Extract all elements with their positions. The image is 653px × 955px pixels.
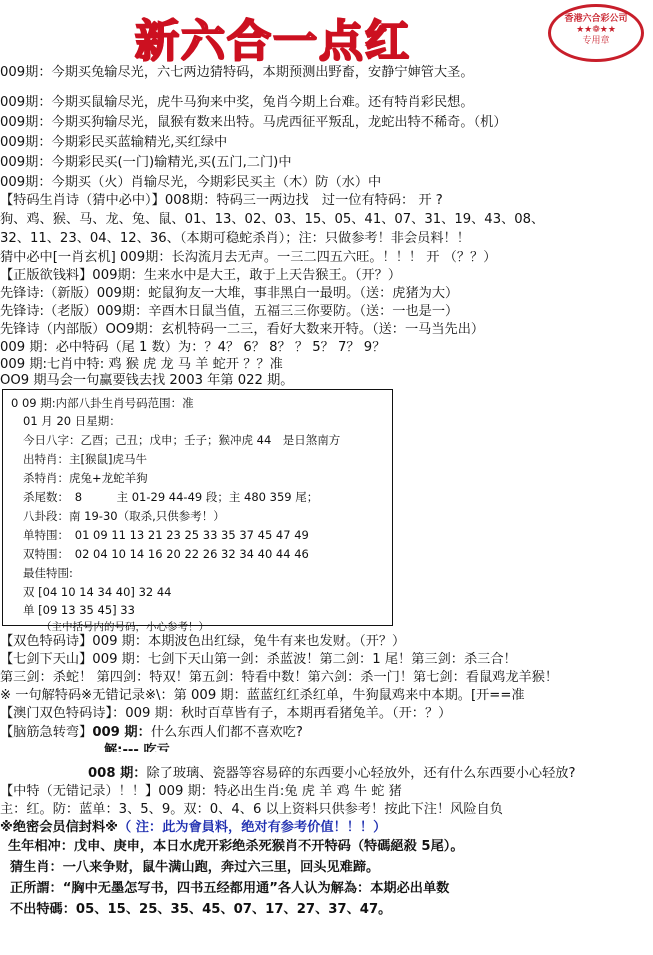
member-line: 不出特碼：05、15、25、35、45、07、17、27、37、47。 xyxy=(10,901,391,919)
prediction-line: 【七剑下天山】009 期：七剑下天山第一剑：杀蓝波！第二剑：1 尾！第三剑：杀三… xyxy=(0,651,517,669)
member-title-line: ※绝密会员信封料※（ 注：此为會員料，绝对有参考价值！！！） xyxy=(0,819,386,837)
box-dan-te-wei: 单特围： 01 09 11 13 21 23 25 33 35 37 45 47… xyxy=(23,526,309,544)
prediction-line: 009期：今期彩民买(一门)输精光,买(五门,二门)中 xyxy=(0,154,292,172)
prediction-line: 009期：今期彩民买蓝输精光,买红绿中 xyxy=(0,134,227,152)
riddle-prev-question: 除了玻璃、瓷器等容易碎的东西要小心轻放外，还有什么东西要小心轻放? xyxy=(147,766,576,781)
prediction-line: 先锋诗:（老版）009期：辛酉木日鼠当值，五福三三你要防。（送：一也是一） xyxy=(0,303,458,321)
company-stamp: 香港六合彩公司 ★★❁★★ 专用章 xyxy=(548,4,644,62)
member-line: 正所謂：“胸中无墨怎写书，四书五经都用通”各人认为解為：本期必出单数 xyxy=(10,880,449,898)
riddle-question: 什么东西人们都不喜欢吃? xyxy=(151,725,303,740)
box-best-shuang: 双 [04 10 14 34 40] 32 44 xyxy=(23,583,172,601)
riddle-period: 009 期： xyxy=(92,725,151,740)
box-date: 01 月 20 日星期： xyxy=(23,412,121,430)
box-shuang-te-wei: 双特围： 02 04 10 14 16 20 22 26 32 34 40 44… xyxy=(23,545,309,563)
logo-title: 新六合一点红 xyxy=(133,12,413,62)
riddle-line: 【脑筋急转弯】009 期：什么东西人们都不喜欢吃? xyxy=(0,724,303,742)
prediction-line: 先锋诗:（新版）009期：蛇鼠狗友一大堆，事非黑白一最明。（送：虎猪为大） xyxy=(0,285,458,303)
member-line: 猜生肖：一八来争财，鼠牛满山跑，奔过六三里，回头见难蹄。 xyxy=(10,859,379,877)
box-bazi: 今日八字：乙酉；己丑；戊申；壬子；猴冲虎 44 是日煞南方 xyxy=(23,431,340,449)
prediction-line: OO9 期马会一句赢要钱去找 2003 年第 022 期。 xyxy=(0,372,293,390)
prediction-line: 32、11、23、04、12、36、（本期可稳蛇杀肖）；注：只做参考！非会员料！… xyxy=(0,230,470,248)
member-title: ※绝密会员信封料※ xyxy=(0,820,118,835)
prediction-line: 009 期：必中特码（尾 1 数）为：？4？ 6？ 8？ ？ 5？ 7？ 9？ xyxy=(0,339,385,357)
box-sha-te-xiao: 杀特肖：虎兔+龙蛇羊狗 xyxy=(23,469,148,487)
box-best-label: 最佳特围: xyxy=(23,564,73,582)
bagua-range-box: 0 09 期:内部八卦生肖号码范围：准 01 月 20 日星期： 今日八字：乙酉… xyxy=(2,389,393,626)
box-title: 0 09 期:内部八卦生肖号码范围：准 xyxy=(11,394,194,412)
box-best-dan: 单 [09 13 35 45] 33 xyxy=(23,601,135,619)
prediction-line: ※ 一句解特码※无错记录※\：第 009 期：蓝蓝红红杀红单，牛狗鼠鸡来中本期。… xyxy=(0,687,525,705)
prediction-line: 先锋诗（内部版）OO9期：玄机特码一二三，看好大数来开特。（送：一马当先出） xyxy=(0,321,484,339)
riddle-prev-line: 008 期：除了玻璃、瓷器等容易碎的东西要小心轻放外，还有什么东西要小心轻放? xyxy=(88,765,576,783)
stamp-bottom-text: 专用章 xyxy=(551,36,641,47)
prediction-line: 【特码生肖诗（猜中必中）】008期：特码三一两边找 过一位有特码： 开 ? xyxy=(0,192,443,210)
prediction-line: 狗、鸡、猴、马、龙、兔、鼠、01、13、02、03、15、05、41、07、31… xyxy=(0,211,544,229)
prediction-line: 【双色特码诗】009 期：本期波色出红绿，兔牛有来也发财。（开？） xyxy=(0,633,405,651)
box-bagua-duan: 八卦段：南 19-30（取杀,只供参考！） xyxy=(23,507,225,525)
prediction-line: 009期：今期买狗输尽光，鼠猴有数来出特。马虎西征平叛乱，龙蛇出特不稀奇。（机） xyxy=(0,114,507,132)
prediction-line: 009期：今期买鼠输尽光，虎牛马狗来中奖，兔肖今期上台难。还有特肖彩民想。 xyxy=(0,94,474,112)
riddle-prev-period: 008 期： xyxy=(88,766,147,781)
prediction-line: 【正版欲钱料】009期：生来水中是大王，敢于上天告猴王。（开？） xyxy=(0,267,401,285)
header: 新六合一点红 香港六合彩公司 ★★❁★★ 专用章 xyxy=(0,0,653,66)
prediction-line: 猜中必中[一肖玄机] 009期：长沟流月去无声。一三二四五六旺。！！！ 开 （？… xyxy=(0,249,496,267)
prediction-line: 【澳门双色特码诗】：009 期：秋时百草皆有子，本期再看猪兔羊。（开：？） xyxy=(0,705,451,723)
stamp-stars-icon: ★★❁★★ xyxy=(551,24,641,36)
prediction-line: 第三剑：杀蛇！ 第四剑：特双！第五剑：特看中数！第六剑：杀一门！第七剑：看鼠鸡龙… xyxy=(0,669,558,687)
box-sha-wei-shu: 杀尾数： 8 主 01-29 44-49 段；主 480 359 尾； xyxy=(23,488,318,506)
prediction-line: 009期：今期买（火）肖输尽光，今期彩民买主（木）防（水）中 xyxy=(0,174,381,192)
prediction-line: 【中特（无错记录）！！】009 期：特必出生肖:兔 虎 羊 鸡 牛 蛇 猪 xyxy=(0,783,402,801)
prediction-line: 009期：今期买兔输尽光，六七两边猜特码，本期预测出野畜，安静宁婶管大圣。 xyxy=(0,64,474,82)
member-note: （ 注：此为會員料，绝对有参考价值！！！） xyxy=(118,820,386,835)
box-chu-te-xiao: 出特肖：主[猴鼠]虎马牛 xyxy=(23,450,147,468)
riddle-prefix: 【脑筋急转弯】 xyxy=(0,725,92,740)
prediction-line: 主：红。防：蓝单：3、5、9。双：0、4、6 以上资料只供参考！按此下注！风险自… xyxy=(0,801,503,819)
member-line: 生年相冲：戊申、庚申，本日水虎开彩绝杀死猴肖不开特码（特碼絕殺 5尾）。 xyxy=(8,838,464,856)
riddle-answer: 解:--- 吃亏 xyxy=(104,742,170,752)
stamp-top-text: 香港六合彩公司 xyxy=(551,14,641,24)
